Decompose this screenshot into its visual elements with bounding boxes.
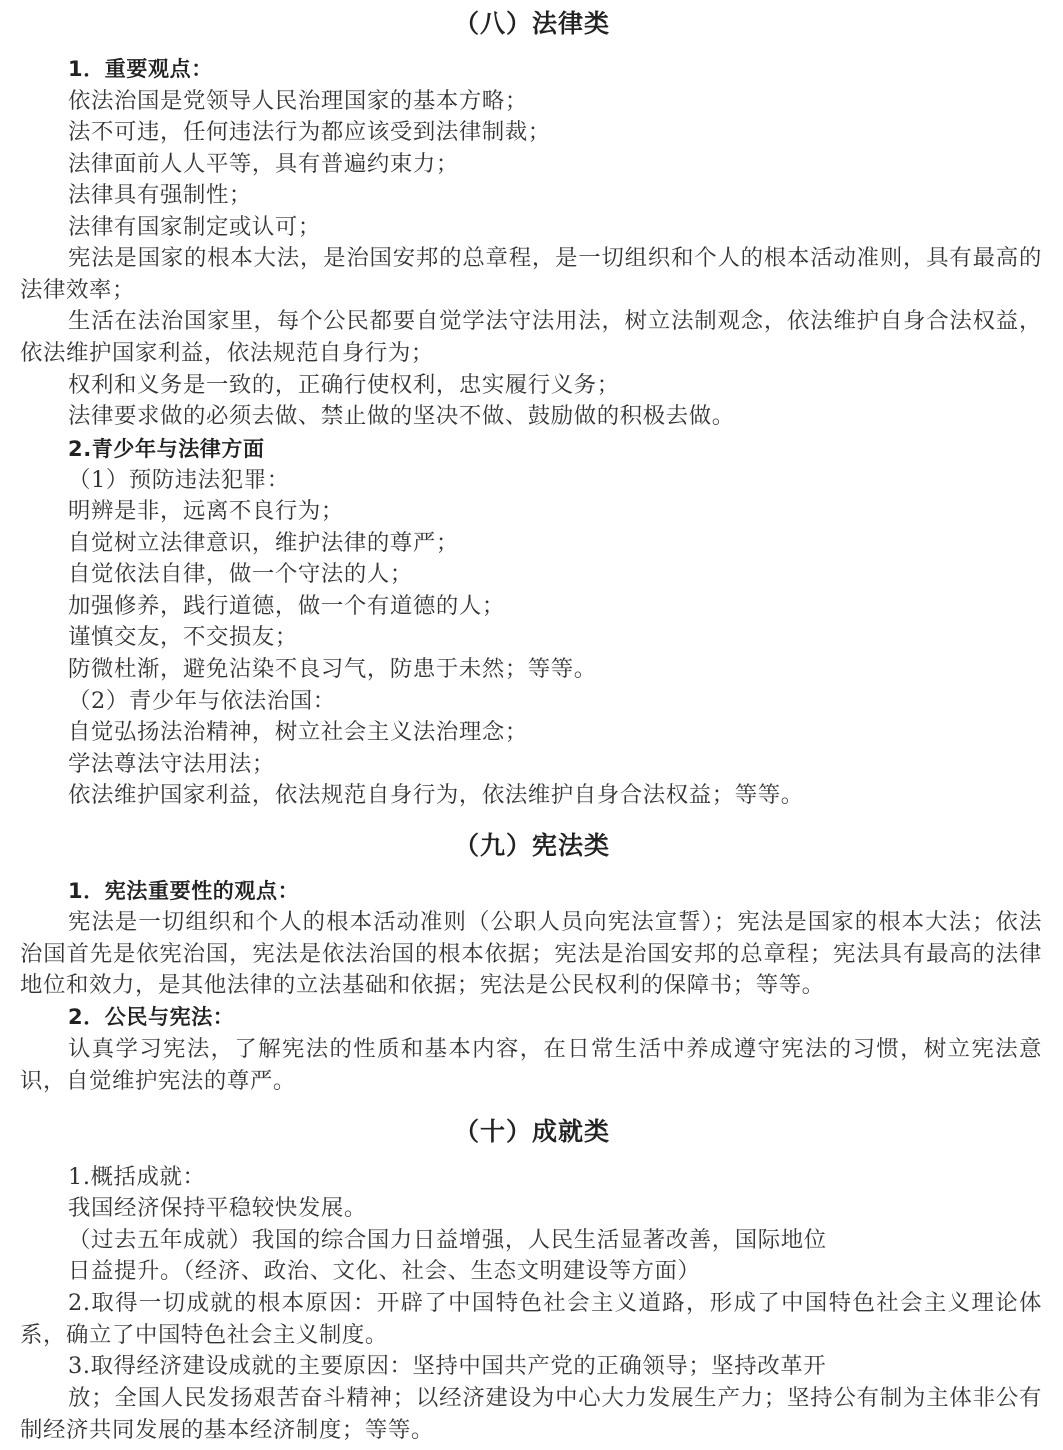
section-title-achievements: （十）成就类 xyxy=(20,1112,1044,1148)
text-line: 依法维护国家利益，依法规范自身行为，依法维护自身合法权益；等等。 xyxy=(20,780,1063,812)
text-line: 权利和义务是一致的，正确行使权利，忠实履行义务； xyxy=(20,370,1063,402)
text-line: 自觉树立法律意识，维护法律的尊严； xyxy=(20,528,1063,560)
text-line: 加强修养，践行道德，做一个有道德的人； xyxy=(20,591,1063,623)
text-line: 日益提升。（经济、政治、文化、社会、生态文明建设等方面） xyxy=(20,1256,1063,1288)
subheading-youth-law: 2.青少年与法律方面 xyxy=(20,434,1063,466)
text-line: 3.取得经济建设成就的主要原因：坚持中国共产党的正确领导；坚持改革开 xyxy=(20,1351,1063,1383)
text-line: 自觉弘扬法治精神，树立社会主义法治理念； xyxy=(20,717,1063,749)
text-line: 法不可违，任何违法行为都应该受到法律制裁； xyxy=(20,117,1063,149)
section-title-constitution: （九）宪法类 xyxy=(20,826,1044,862)
subsubheading-youth-rule-of-law: （2）青少年与依法治国： xyxy=(20,686,1063,718)
text-line: 谨慎交友，不交损友； xyxy=(20,622,1063,654)
text-line: 学法尊法守法用法； xyxy=(20,749,1063,781)
paragraph: 2.取得一切成就的根本原因：开辟了中国特色社会主义道路，形成了中国特色社会主义理… xyxy=(20,1288,1042,1351)
text-line: 我国经济保持平稳较快发展。 xyxy=(20,1193,1063,1225)
subheading-citizen-constitution: 2．公民与宪法： xyxy=(20,1002,1063,1034)
paragraph: 认真学习宪法，了解宪法的性质和基本内容，在日常生活中养成遵守宪法的习惯，树立宪法… xyxy=(20,1034,1042,1097)
subheading-summary-achievements: 1.概括成就： xyxy=(20,1162,1063,1194)
text-line: 依法治国是党领导人民治理国家的基本方略； xyxy=(20,86,1063,118)
subheading-key-points: 1．重要观点： xyxy=(20,54,1063,86)
paragraph: 生活在法治国家里，每个公民都要自觉学法守法用法，树立法制观念，依法维护自身合法权… xyxy=(20,306,1042,369)
text-line: 法律具有强制性； xyxy=(20,180,1063,212)
subsubheading-prevent-crime: （1）预防违法犯罪： xyxy=(20,465,1063,497)
text-line: 自觉依法自律，做一个守法的人； xyxy=(20,559,1063,591)
text-line: 防微杜渐，避免沾染不良习气，防患于未然；等等。 xyxy=(20,654,1063,686)
text-line: 明辨是非，远离不良行为； xyxy=(20,496,1063,528)
paragraph: 宪法是国家的根本大法，是治国安邦的总章程，是一切组织和个人的根本活动准则，具有最… xyxy=(20,243,1042,306)
text-line: 法律有国家制定或认可； xyxy=(20,212,1063,244)
text-line: 法律要求做的必须去做、禁止做的坚决不做、鼓励做的积极去做。 xyxy=(20,401,1063,433)
paragraph: 放；全国人民发扬艰苦奋斗精神；以经济建设为中心大力发展生产力；坚持公有制为主体非… xyxy=(20,1383,1042,1446)
paragraph: 宪法是一切组织和个人的根本活动准则（公职人员向宪法宣誓）；宪法是国家的根本大法；… xyxy=(20,907,1042,1002)
section-title-law: （八）法律类 xyxy=(20,4,1044,40)
subheading-constitution-importance: 1．宪法重要性的观点： xyxy=(20,876,1063,908)
text-line: （过去五年成就）我国的综合国力日益增强，人民生活显著改善，国际地位 xyxy=(20,1225,1063,1257)
text-line: 法律面前人人平等，具有普遍约束力； xyxy=(20,149,1063,181)
